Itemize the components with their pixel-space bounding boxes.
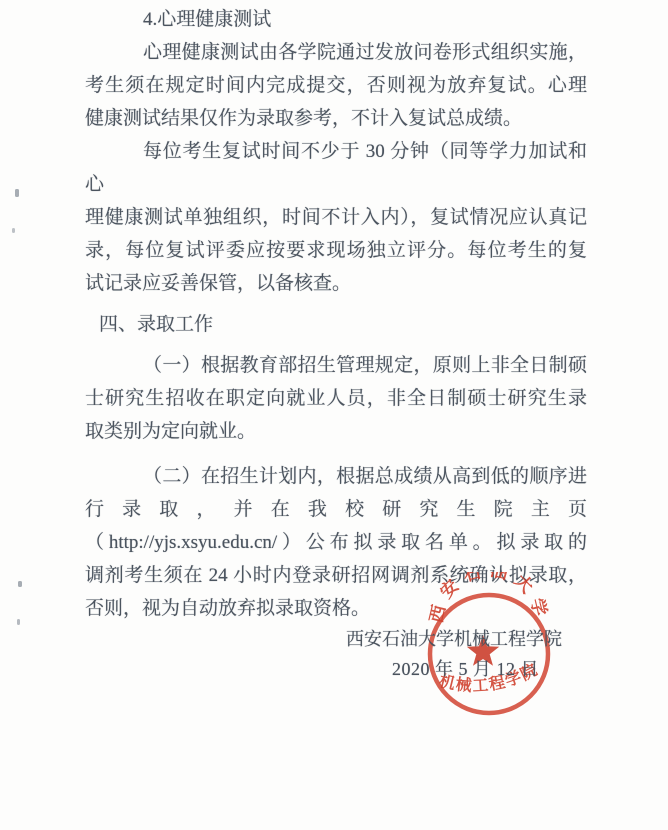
seal-arc-text: 西安石油大学	[426, 572, 552, 625]
text-line: 每位考生复试时间不少于 30 分钟（同等学力加试和心	[85, 135, 587, 201]
text-line: （一）根据教育部招生管理规定，原则上非全日制硕	[85, 349, 587, 382]
text-line: （http://yjs.xsyu.edu.cn/）公布拟录取名单。拟录取的	[85, 526, 587, 559]
text-line: （二）在招生计划内，根据总成绩从高到低的顺序进	[85, 460, 587, 493]
signature-block: 西安石油大学机械工程学院 2020 年 5 月 12 日	[346, 624, 562, 684]
scan-speck	[15, 189, 19, 197]
text-line: 士研究生招收在职定向就业人员，非全日制硕士研究生录	[85, 382, 587, 415]
document-body: 4.心理健康测试心理健康测试由各学院通过发放问卷形式组织实施，考生须在规定时间内…	[85, 3, 587, 625]
scan-speck	[17, 619, 20, 625]
signature-date: 2020 年 5 月 12 日	[346, 654, 562, 684]
scan-speck	[18, 581, 22, 587]
text-line: 理健康测试单独组织，时间不计入内），复试情况应认真记	[85, 201, 587, 234]
text-line: 考生须在规定时间内完成提交，否则视为放弃复试。心理	[85, 69, 587, 102]
text-line: 试记录应妥善保管，以备核查。	[85, 267, 587, 300]
text-line: 健康测试结果仅作为录取参考，不计入复试总成绩。	[85, 102, 587, 135]
text-line: 取类别为定向就业。	[85, 415, 587, 448]
text-line: 行 录 取 ， 并 在 我 校 研 究 生 院 主 页	[85, 493, 587, 526]
svg-text:西安石油大学: 西安石油大学	[426, 572, 552, 625]
scanned-page: 4.心理健康测试心理健康测试由各学院通过发放问卷形式组织实施，考生须在规定时间内…	[0, 0, 668, 830]
signature-org: 西安石油大学机械工程学院	[346, 624, 562, 654]
text-line: 四、录取工作	[85, 308, 587, 341]
text-line: 心理健康测试由各学院通过发放问卷形式组织实施，	[85, 36, 587, 69]
text-line: 录，每位复试评委应按要求现场独立评分。每位考生的复	[85, 234, 587, 267]
text-line: 4.心理健康测试	[85, 3, 587, 36]
scan-speck	[12, 228, 15, 233]
